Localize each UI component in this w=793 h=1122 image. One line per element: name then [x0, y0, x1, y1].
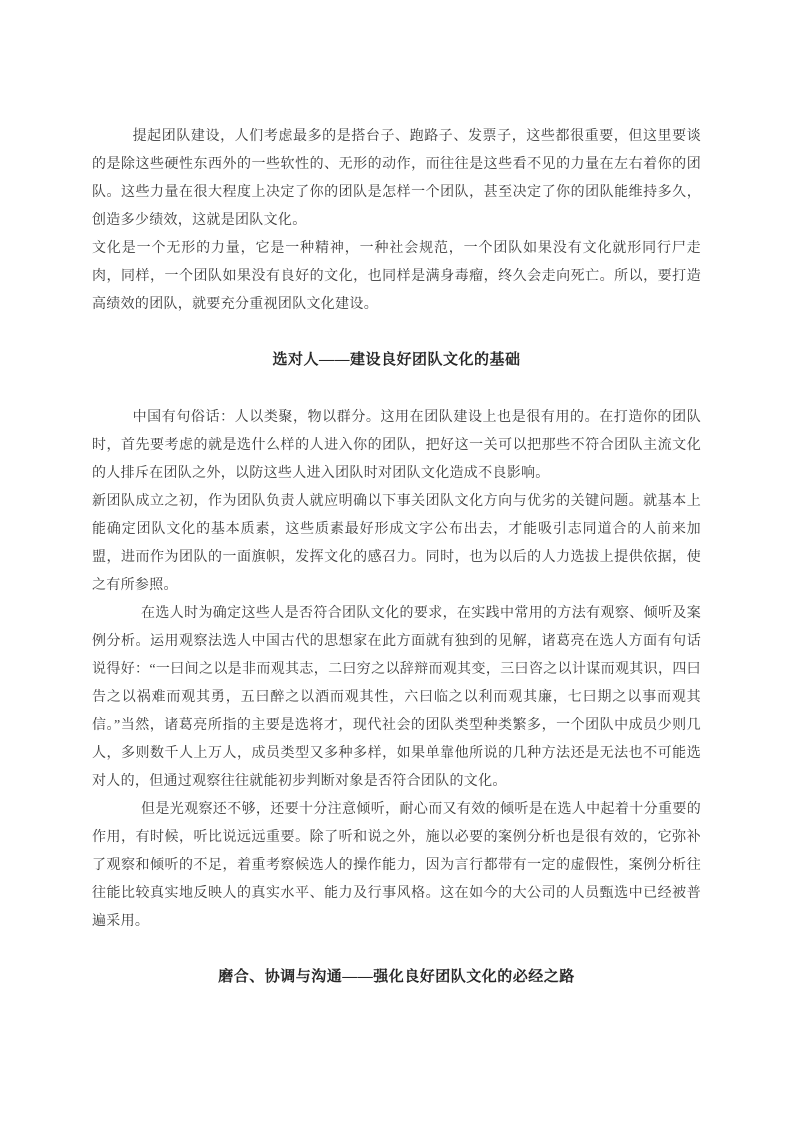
- paragraph-selection-methods-zhugeliang: 在选人时为确定这些人是否符合团队文化的要求，在实践中常用的方法有观察、倾听及案例…: [92, 600, 701, 796]
- document-page: 提起团队建设，人们考虑最多的是搭台子、跑路子、发票子，这些都很重要，但这里要谈的…: [0, 0, 793, 1122]
- section-heading-coordination-communication: 磨合、协调与沟通——强化良好团队文化的必经之路: [92, 963, 701, 991]
- paragraph-culture-invisible-force: 文化是一个无形的力量，它是一种精神，一种社会规范，一个团队如果没有文化就形同行尸…: [92, 235, 701, 319]
- document-content: 提起团队建设，人们考虑最多的是搭台子、跑路子、发票子，这些都很重要，但这里要谈的…: [0, 0, 793, 991]
- paragraph-chinese-proverb: 中国有句俗话：人以类聚，物以群分。这用在团队建设上也是很有用的。在打造你的团队时…: [92, 404, 701, 488]
- paragraph-listening-case-analysis: 但是光观察还不够，还要十分注意倾听，耐心而又有效的倾听是在选人中起着十分重要的作…: [92, 796, 701, 936]
- section-heading-choosing-people: 选对人——建设良好团队文化的基础: [92, 346, 701, 374]
- paragraph-team-building-intro: 提起团队建设，人们考虑最多的是搭台子、跑路子、发票子，这些都很重要，但这里要谈的…: [92, 123, 701, 235]
- paragraph-new-team-founding: 新团队成立之初，作为团队负责人就应明确以下事关团队文化方向与优劣的关键问题。就基…: [92, 488, 701, 600]
